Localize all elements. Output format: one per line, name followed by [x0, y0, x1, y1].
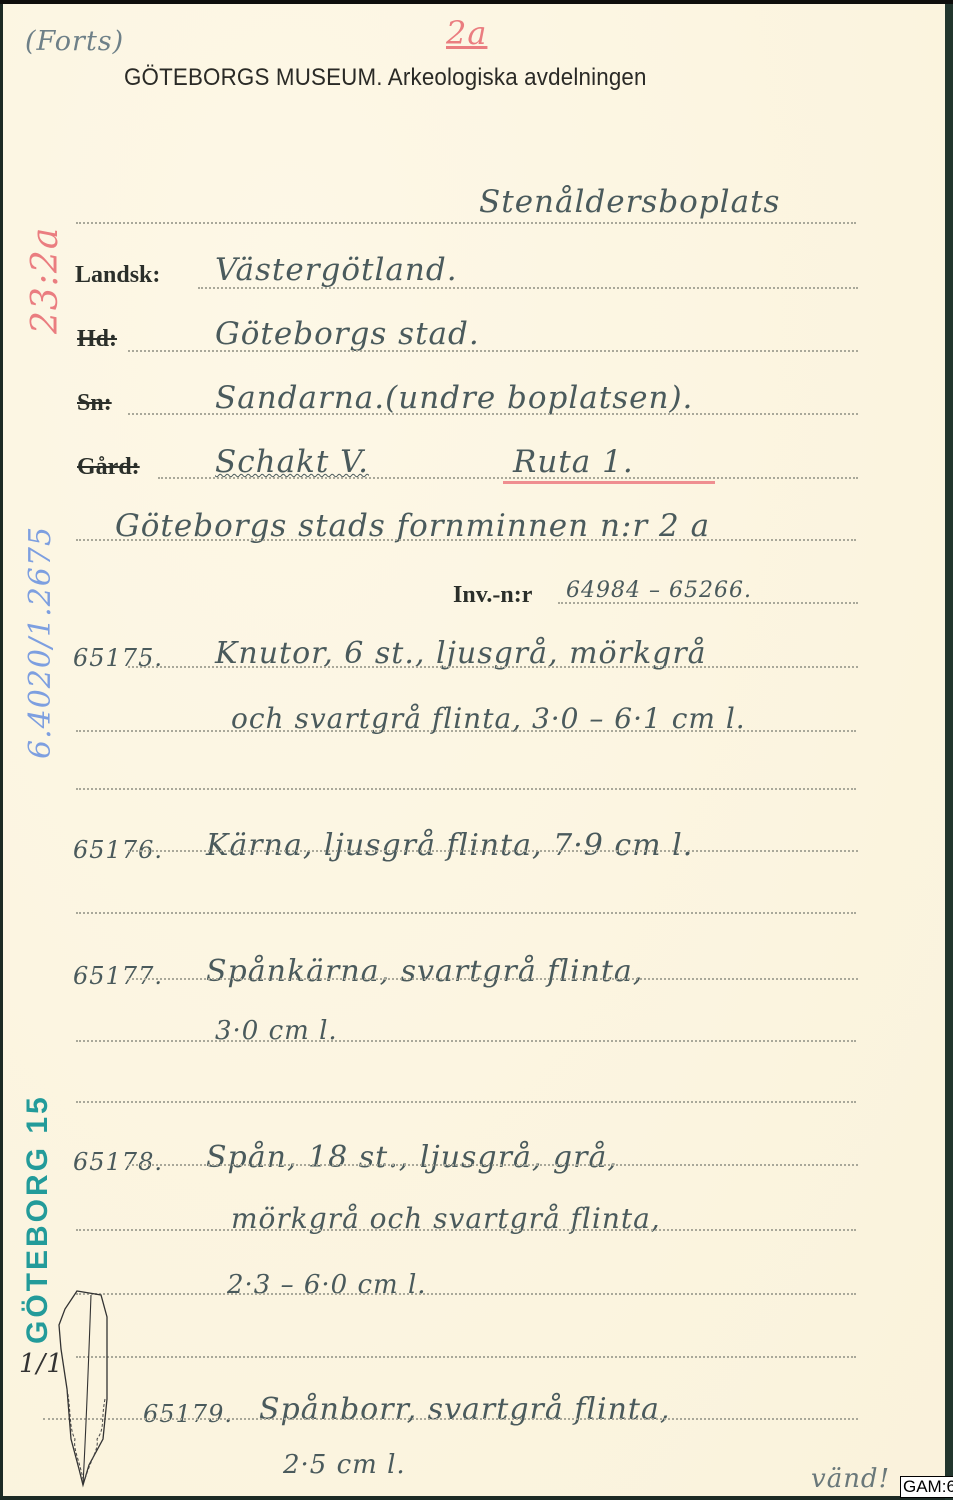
dotted-line	[76, 539, 856, 541]
dotted-line	[128, 350, 858, 352]
inv-label: Inv.-n:r	[453, 582, 532, 609]
entry-text: Spånkärna, svartgrå flinta,	[206, 954, 643, 989]
dotted-line	[76, 222, 856, 224]
inv-range: 64984 – 65266.	[566, 578, 752, 603]
margin-red-number: 23:2a	[25, 227, 66, 334]
entry-number: 65179.	[143, 1400, 233, 1428]
entry-text: 2·3 – 6·0 cm l.	[227, 1270, 427, 1300]
entry-text: Spånborr, svartgrå flinta,	[259, 1392, 670, 1427]
dotted-line	[128, 1164, 858, 1166]
dotted-line	[43, 1418, 858, 1420]
scan-right-border	[945, 4, 953, 1500]
dotted-line	[198, 287, 858, 289]
catalog-card: (Forts) 2a GÖTEBORGS MUSEUM. Arkeologisk…	[3, 4, 945, 1496]
dotted-line	[76, 1229, 856, 1231]
dotted-line	[76, 1293, 856, 1295]
dotted-line	[128, 850, 858, 852]
sn-value: Sandarna.(undre boplatsen).	[215, 380, 693, 416]
gard-label: Gård:	[77, 454, 140, 481]
entry-number: 65177.	[73, 962, 163, 990]
flint-blade-drawing-icon	[55, 1289, 115, 1489]
entry-text: Kärna, ljusgrå flinta, 7·9 cm l.	[206, 828, 693, 863]
dotted-line	[128, 666, 858, 668]
dotted-line	[128, 413, 858, 415]
dotted-line	[158, 477, 858, 479]
dotted-line	[128, 978, 858, 980]
hd-label: Hd:	[77, 326, 117, 353]
museum-stamp: GÖTEBORG 15	[21, 1094, 55, 1344]
museum-header: GÖTEBORGS MUSEUM. Arkeologiska avdelning…	[124, 64, 647, 92]
dotted-line	[76, 912, 856, 914]
entry-text: Spån, 18 st., ljusgrå, grå,	[206, 1140, 618, 1175]
dotted-line	[558, 602, 858, 604]
continuation-note: (Forts)	[25, 26, 124, 57]
dotted-line	[76, 788, 856, 790]
red-underline	[503, 481, 715, 484]
dotted-line	[76, 1101, 856, 1103]
dotted-line	[76, 730, 856, 732]
card-number: 2a	[446, 14, 487, 52]
sn-label: Sn:	[77, 390, 112, 417]
archive-id-label: GAM:64984	[900, 1476, 953, 1498]
turn-over-note: vänd!	[811, 1464, 890, 1494]
entry-text: 2·5 cm l.	[283, 1450, 406, 1480]
entry-number: 65178.	[73, 1148, 163, 1176]
dotted-line	[76, 1356, 856, 1358]
site-type: Stenåldersboplats	[479, 184, 780, 220]
margin-blue-number: 6.4020/1.2675	[23, 526, 58, 759]
dotted-line	[76, 1040, 856, 1042]
gard-value-schakt: Schakt V.	[215, 444, 369, 480]
landsk-value: Västergötland.	[215, 252, 458, 288]
gard-value-ruta: Ruta 1.	[513, 444, 634, 480]
hd-value: Göteborgs stad.	[215, 316, 480, 352]
landsk-label: Landsk:	[75, 262, 160, 289]
